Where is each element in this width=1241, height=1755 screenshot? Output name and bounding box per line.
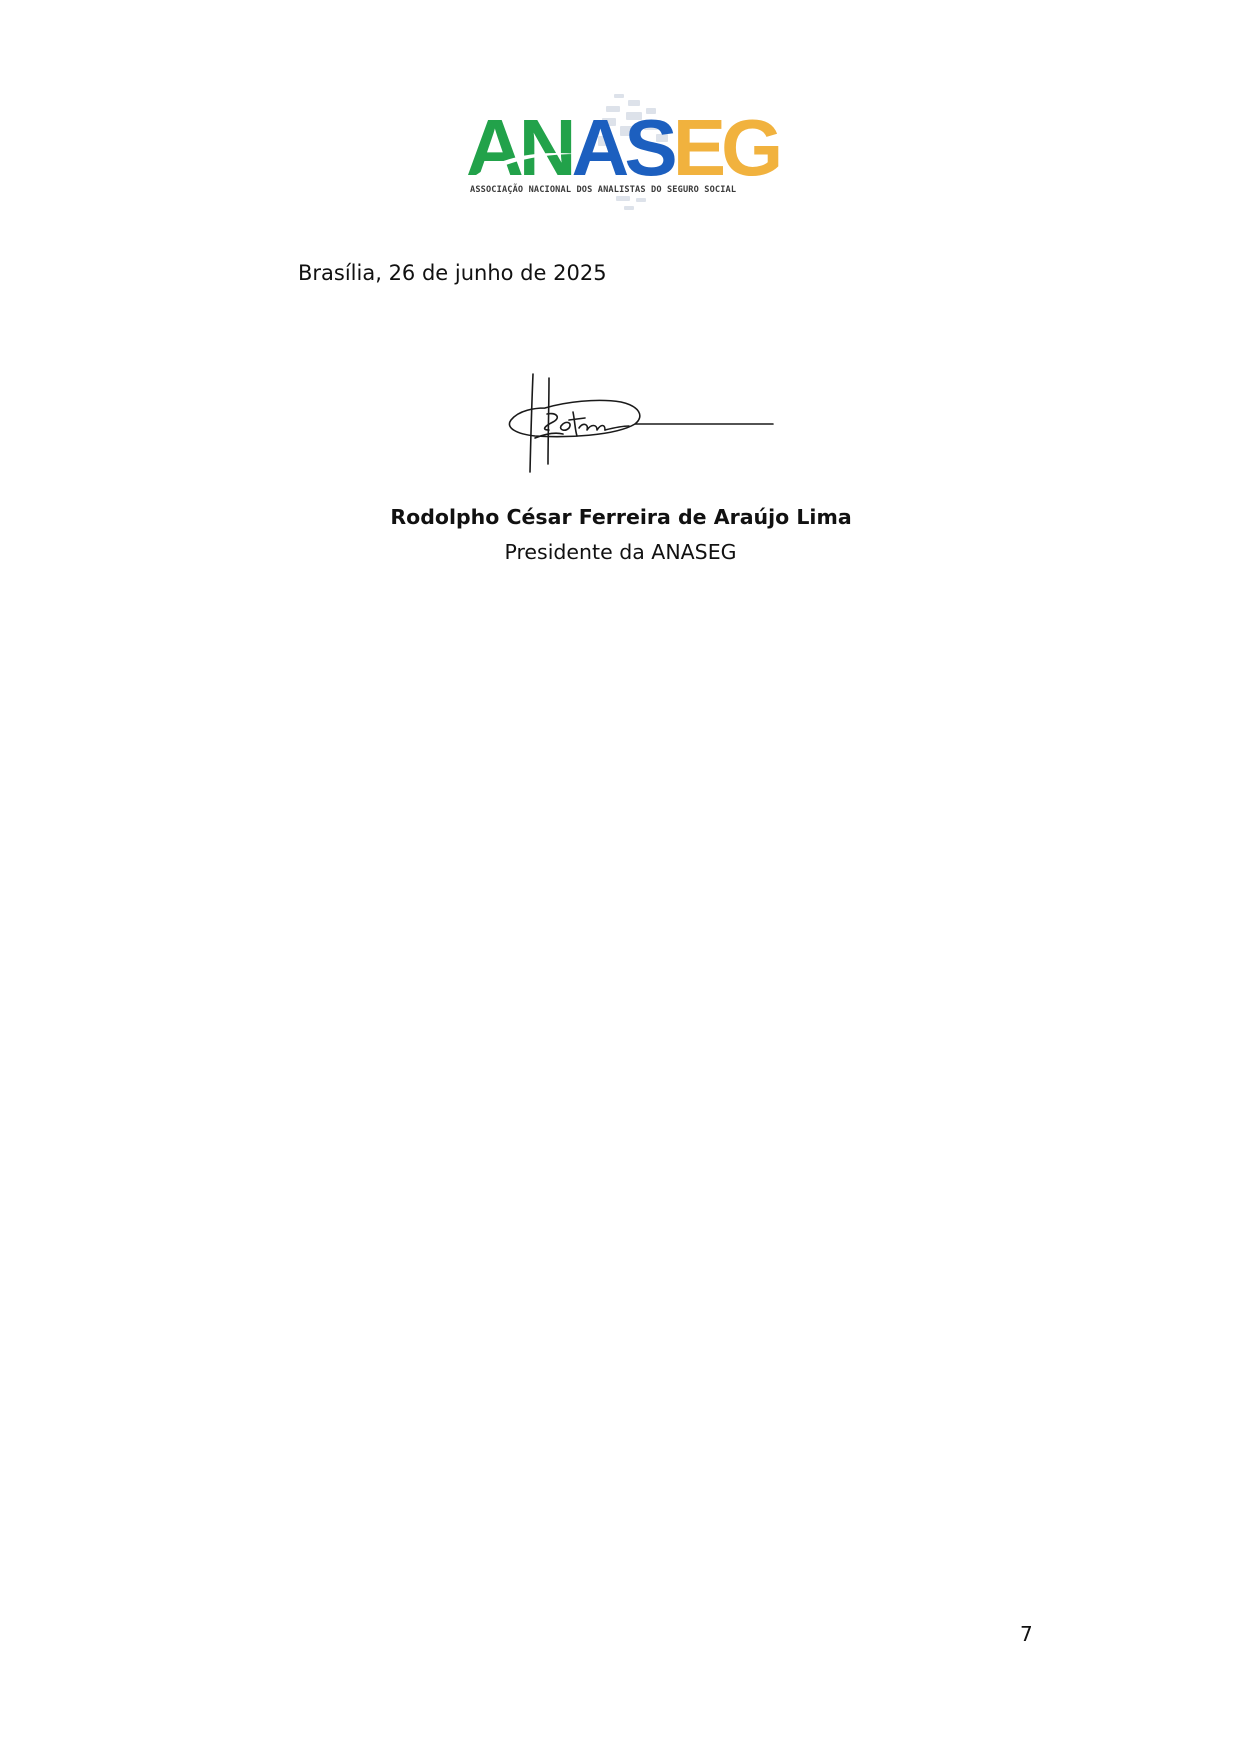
document-page: ANASEG ASSOCIAÇÃO NACIONAL DOS ANALISTAS… (0, 0, 1241, 1755)
logo-part-eg: EG (673, 112, 779, 184)
page-number: 7 (1020, 1620, 1033, 1648)
logo-swoosh-icon (470, 140, 580, 180)
logo-subtitle: ASSOCIAÇÃO NACIONAL DOS ANALISTAS DO SEG… (470, 185, 770, 195)
handwritten-signature (505, 368, 780, 478)
place-date: Brasília, 26 de junho de 2025 (298, 259, 607, 287)
signer-role: Presidente da ANASEG (0, 538, 1241, 566)
logo-part-as: AS (572, 112, 673, 184)
anaseg-logo: ANASEG ASSOCIAÇÃO NACIONAL DOS ANALISTAS… (466, 92, 772, 212)
signer-name: Rodolpho César Ferreira de Araújo Lima (0, 503, 1241, 531)
